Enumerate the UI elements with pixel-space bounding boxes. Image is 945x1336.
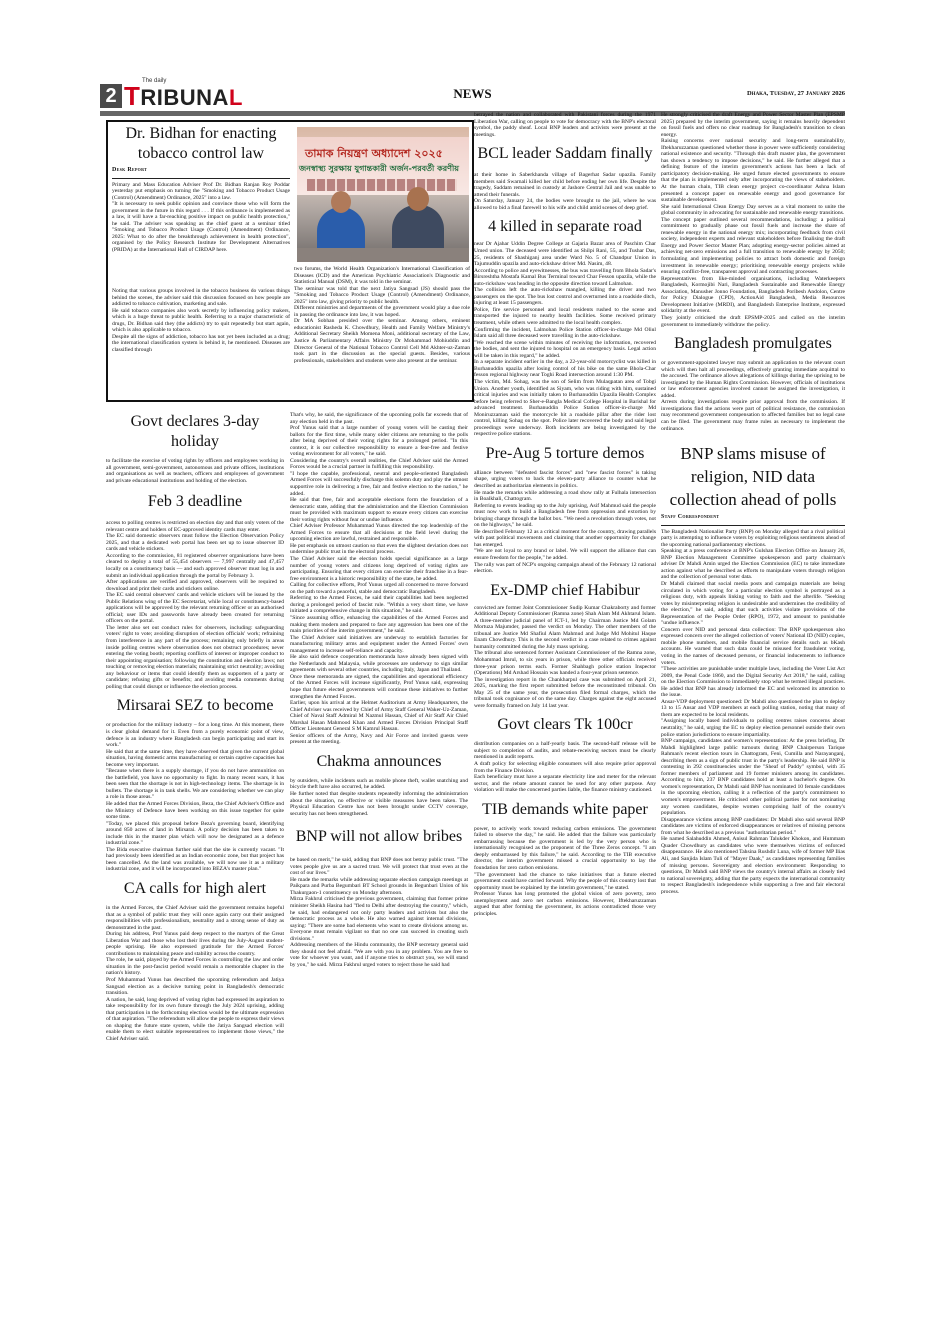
headline-feb3: Feb 3 deadline (106, 492, 284, 512)
paragraph: access to polling centres is restricted … (106, 520, 284, 533)
paragraph: Disappearance victims among BNP candidat… (661, 817, 845, 837)
paragraph: Dr MA Sobhan presided over the seminar. … (294, 318, 470, 364)
paragraph: at their home in Saberkhanda village of … (474, 172, 656, 198)
paragraph: The role, he said, played by the Armed F… (106, 957, 284, 977)
seminar-photo: তামাক নিয়ন্ত্রণ অধ্যাদেশ ২০২৫ জনস্বাস্থ… (297, 127, 469, 262)
headline-bnp-slams: BNP slams misuse of religion, NID data c… (667, 442, 839, 511)
paragraph: "We reached the scene within minutes of … (474, 340, 656, 360)
photo-banner: তামাক নিয়ন্ত্রণ অধ্যাদেশ ২০২৫ জনস্বাস্থ… (297, 137, 469, 195)
banner-title: তামাক নিয়ন্ত্রণ অধ্যাদেশ ২০২৫ (305, 145, 443, 164)
paragraph: Addressing members of the Hindu communit… (290, 942, 468, 968)
byline-staff-correspondent: Staff Correspondent (661, 514, 845, 521)
paragraph: The rally was part of NCP's ongoing camp… (474, 562, 656, 575)
paragraph: During his address, Prof Yunus paid deep… (106, 931, 284, 957)
paragraph: to facilitate the exercise of voting rig… (106, 458, 284, 484)
headline-promulgates: Bangladesh promulgates (661, 334, 845, 354)
paragraph: According to the commission, 81 register… (106, 553, 284, 579)
paragraph: Primary and Mass Education Adviser Prof … (112, 182, 290, 202)
column-1: Govt declares 3-day holiday to facilitat… (106, 410, 284, 1042)
paragraph: Confirming the incident, Lalmohan Police… (474, 327, 656, 340)
byline-desk-report: Desk Report (112, 167, 290, 174)
paragraph: "Because when there is a supply shortage… (106, 768, 284, 801)
paragraph: Senior officers of the Army, Navy and Ai… (290, 733, 468, 746)
headline-road: 4 killed in separate road (474, 217, 656, 237)
paragraph: Raising concerns over national security … (661, 138, 845, 203)
headline-ca-alert: CA calls for high alert (106, 879, 284, 899)
paragraph: He made the remarks while addressing a r… (474, 490, 656, 503)
paragraph: or government-appointed lawyer may submi… (661, 360, 845, 399)
paragraph: alliance between "defeated fascist force… (474, 470, 656, 490)
paragraph: betrayed the nation and collaborated wit… (474, 112, 656, 138)
paragraph: Representatives from like-minded organis… (661, 276, 845, 315)
paragraph: That's why, he said, the significance of… (290, 412, 468, 425)
paragraph: "Today, we placed this proposal before B… (106, 821, 284, 847)
paragraph: be based on merit," he said, adding that… (290, 857, 468, 877)
paragraph: The Bangladesh Nationalist Party (BNP) o… (661, 529, 845, 549)
headline-chakma: Chakma announces (290, 752, 468, 772)
paragraph: The tribunal also sentenced former Assis… (474, 650, 656, 676)
paragraph: Earlier, upon his arrival at the Helmet … (290, 700, 468, 733)
paragraph: He said tobacco companies also work secr… (112, 308, 290, 334)
paragraph: Prof Muhammad Yunus has described the up… (106, 977, 284, 997)
paragraph: The EC said central observers' cards and… (106, 592, 284, 625)
paragraph: by outsiders, while incidents such as mo… (290, 778, 468, 791)
paragraph: After applications are verified and appr… (106, 579, 284, 592)
paragraph: Arrests during investigations require pr… (661, 399, 845, 432)
banner-detail (307, 179, 457, 191)
paragraph: According to police and eyewitnesses, th… (474, 268, 656, 288)
paragraph: The letter also set out conduct rules fo… (106, 625, 284, 690)
paragraph: The Chief Adviser said the election hold… (290, 556, 468, 582)
paragraph: Chief Adviser Professor Muhammad Yunus d… (290, 523, 468, 543)
paragraph: BNP campaign, candidates and women's rep… (661, 738, 845, 817)
paragraph: Referring to the Armed Forces, he said t… (290, 595, 468, 615)
paragraph: "We are not loyal to any brand or label.… (474, 548, 656, 561)
paragraph: "Since assuming office, enhancing the ca… (290, 615, 468, 635)
paragraph: A nation, he said, long deprived of voti… (106, 997, 284, 1043)
paragraph: He said that free, fair and acceptable e… (290, 497, 468, 523)
headline-tib: TIB demands white paper (474, 800, 656, 820)
paragraph: Professor Yunus has long promoted the gl… (474, 891, 656, 917)
paragraph: He said that at the same time, they have… (106, 749, 284, 769)
headline-holiday: Govt declares 3-day holiday (106, 412, 284, 452)
paragraph: The concept paper outlined several recom… (661, 217, 845, 276)
paragraph: "Assigning locally based individuals to … (661, 718, 845, 738)
paragraph: Police, fire service personnel and local… (474, 307, 656, 327)
headline-bcl: BCL leader Saddam finally (474, 144, 656, 164)
banner-subtitle: জনস্বাস্থ্য সুরক্ষায় যুগান্তকারী অর্জন-… (299, 163, 459, 176)
byline-rule (661, 525, 845, 526)
paragraph: Each beneficiary must have a separate el… (474, 774, 656, 794)
paragraph: Considering the country's overall realit… (290, 458, 468, 471)
paragraph: "The government had the chance to take i… (474, 872, 656, 892)
paragraph: Noting that various groups involved in t… (112, 288, 290, 308)
paragraph: "It is necessary to seek public opinion … (112, 201, 290, 253)
paragraph: On Saturday, January 24, the bodies were… (474, 198, 656, 211)
headline-bnp-bribes: BNP will not allow bribes (290, 827, 468, 847)
paragraph: Concern over NID and personal data colle… (661, 627, 845, 666)
paragraph: The Chief Adviser said initiatives are u… (290, 635, 468, 655)
paragraph: The investigation report in the Chankhar… (474, 677, 656, 710)
paragraph: He added that the Armed Forces Division,… (106, 801, 284, 821)
paragraph: Dr Mahdi claimed that social media posts… (661, 581, 845, 627)
paragraph: He described February 12 as a critical m… (474, 529, 656, 549)
paragraph: The collision left the auto-rickshaw man… (474, 287, 656, 307)
paragraph: near Dr Ajahar Uddin Degree College at G… (474, 241, 656, 267)
paragraph: Different ministries and departments of … (294, 305, 470, 318)
paragraph: Once these memoranda are signed, the cap… (290, 674, 468, 700)
headline-mirsarai: Mirsarai SEZ to become (106, 696, 284, 716)
paragraph: Speaking at a press conference at BNP's … (661, 548, 845, 581)
paragraph: He named Salahuddin Ahmed, Anisul Rahman… (661, 836, 845, 895)
paragraph: They jointly criticised the draft EPSMP-… (661, 315, 845, 328)
paragraph: He strongly criticised the draft Energy … (661, 112, 845, 138)
dateline: Dhaka, Tuesday, 27 January 2026 (747, 90, 845, 97)
paragraph: convicted are former Joint Commissioner … (474, 605, 656, 651)
paragraph: distribution companies on a half-yearly … (474, 741, 656, 761)
paragraph: The Bida executive chairman further said… (106, 847, 284, 873)
paragraph: The EC said domestic observers must foll… (106, 533, 284, 553)
paragraph: Calling for collective efforts, Prof Yun… (290, 582, 468, 595)
paragraph: Prof Yunus said that a large number of y… (290, 425, 468, 458)
newspaper-page: 2 The daily TRIBUNAL NEWS Dhaka, Tuesday… (100, 78, 845, 1258)
headline-habibur: Ex-DMP chief Habibur (474, 581, 656, 601)
paragraph: He put emphasis on utmost caution so tha… (290, 543, 468, 556)
paragraph: or production for the military industry … (106, 722, 284, 748)
column-3: betrayed the nation and collaborated wit… (474, 112, 656, 917)
paragraph: He further noted that despite students r… (290, 791, 468, 817)
paragraph: Ansar-VDP deployment questioned: Dr Mahd… (661, 699, 845, 719)
byline-rule (112, 178, 290, 179)
lead-story-box: Dr. Bidhan for enacting tobacco control … (106, 120, 474, 402)
paragraph: "I hope the capable, professional, neutr… (290, 471, 468, 497)
paragraph: two forums, the World Health Organizatio… (294, 266, 470, 286)
paragraph: Mirza Fakhrul criticised the previous go… (290, 896, 468, 942)
paragraph: He also said defence cooperation memoran… (290, 654, 468, 674)
column-4: He strongly criticised the draft Energy … (661, 112, 845, 895)
paragraph: Despite all the signs of addiction, toba… (112, 334, 290, 354)
column-2: That's why, he said, the significance of… (290, 412, 468, 968)
photo-table (297, 248, 469, 262)
paragraph: A draft policy for selecting eligible co… (474, 761, 656, 774)
headline-tk100cr: Govt clears Tk 100cr (474, 715, 656, 735)
paragraph: The seminar was told that the next Jatiy… (294, 286, 470, 306)
paragraph: The victim, Md. Sohag, was the son of Se… (474, 379, 656, 438)
paragraph: In a separate incident earlier in the da… (474, 359, 656, 379)
paragraph: "These activities are punishable under m… (661, 666, 845, 699)
paragraph: power, to actively work toward reducing … (474, 826, 656, 872)
headline-torture: Pre-Aug 5 torture demos (474, 444, 656, 464)
paragraph: in the Armed Forces, the Chief Adviser s… (106, 905, 284, 931)
section-title: NEWS (100, 86, 845, 102)
masthead: 2 The daily TRIBUNAL NEWS Dhaka, Tuesday… (100, 78, 845, 110)
paragraph: She said International Clean Energy Day … (661, 204, 845, 217)
headline-bidhan: Dr. Bidhan for enacting tobacco control … (112, 124, 290, 164)
paragraph: He made the remarks while addressing sep… (290, 877, 468, 897)
paragraph: Referring to events leading up to the Ju… (474, 503, 656, 529)
